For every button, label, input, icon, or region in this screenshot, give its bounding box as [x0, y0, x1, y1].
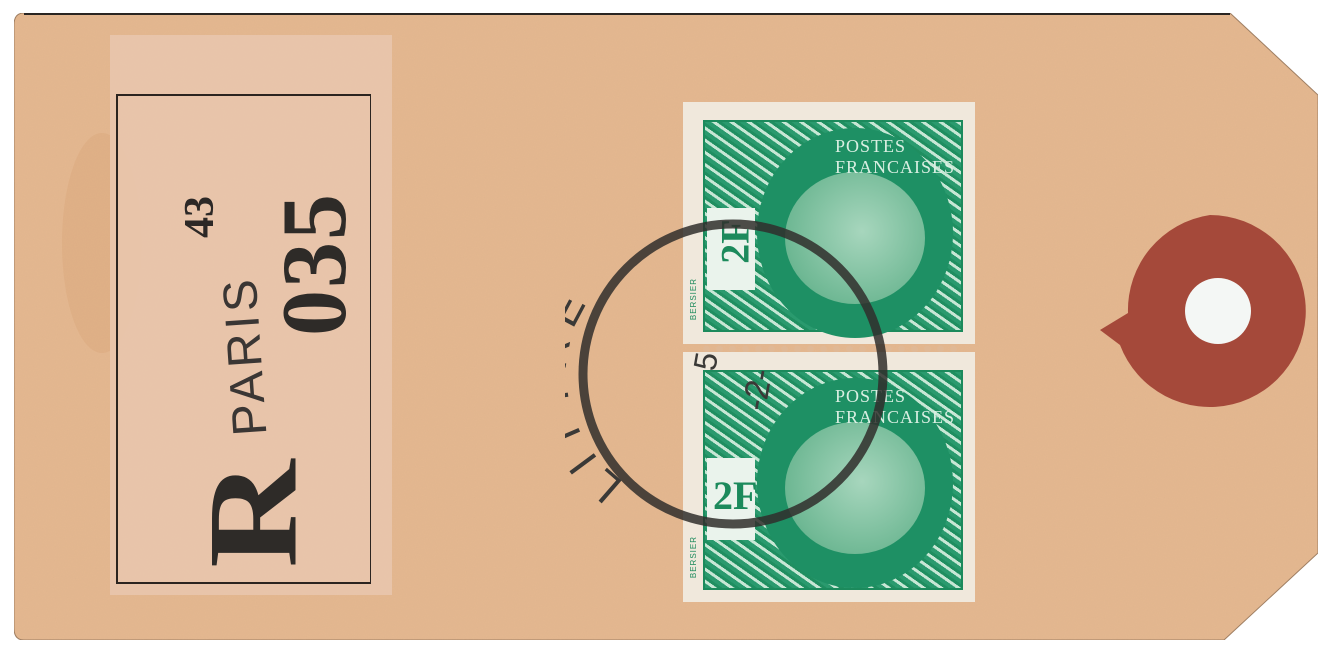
postmark-date: 5	[686, 349, 725, 373]
registration-office-number: 43	[176, 196, 224, 238]
eyelet-reinforcement	[1100, 215, 1312, 407]
registration-label: R PARIS 43 035	[116, 94, 371, 584]
stamp-legend: POSTES FRANCAISES	[835, 136, 955, 178]
eyelet-hole-icon	[1185, 278, 1251, 344]
registration-letter: R	[189, 460, 317, 568]
registration-label-text: R PARIS 43 035	[118, 96, 373, 586]
registration-number: 035	[268, 192, 360, 336]
postmark-date-day: -2-	[735, 366, 780, 414]
postmark-cancel: LITTRE 5 -2-	[565, 212, 901, 532]
stamp-designer-mark: BERSIER	[689, 536, 698, 578]
